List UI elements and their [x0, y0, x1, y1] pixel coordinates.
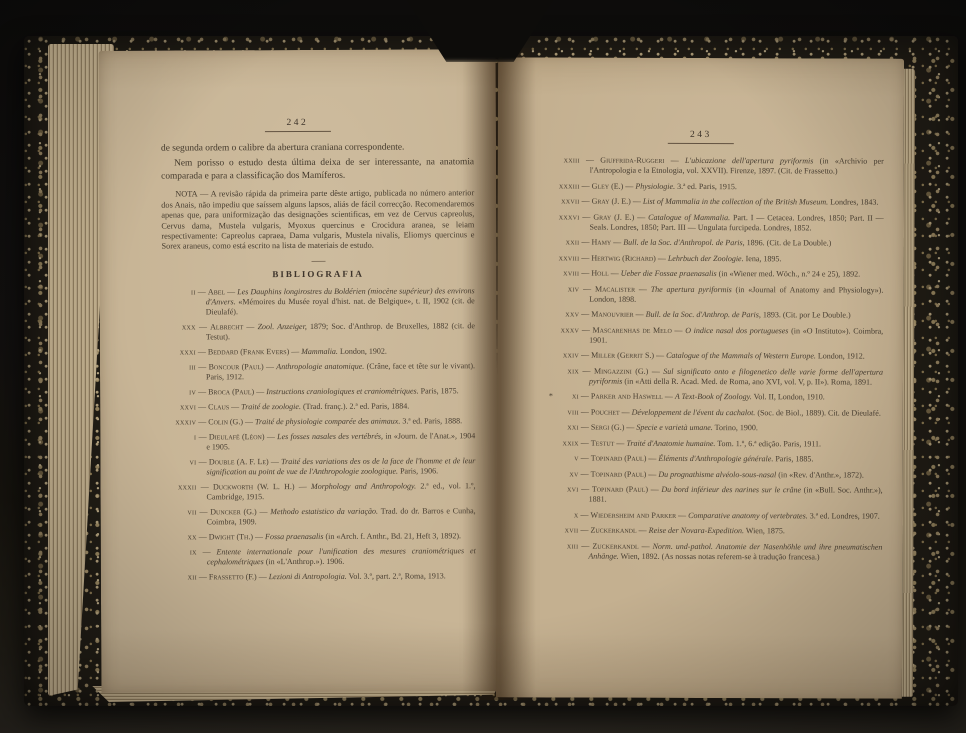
bibliography-entry: XXIV — Miller (Gerrit S.) — Catalogue of… — [545, 350, 883, 361]
entry-title: Anthropologie anatomique. — [276, 362, 364, 371]
entry-details: 1893. (Cit. por Le Double.) — [763, 310, 851, 319]
entry-author-group: Topinard (Paul) — — [591, 454, 659, 463]
entry-dash: — — [196, 457, 208, 466]
entry-dash: — — [253, 532, 265, 541]
entry-roman-numeral: IV — [162, 387, 196, 397]
entry-details: London, 1912. — [818, 351, 865, 360]
entry-title: Ueber die Fossae praenasalis — [621, 269, 717, 278]
entry-title: Les fosses nasales des vertébrés, — [277, 432, 383, 441]
entry-title: Lehrbuch der Zoologie. — [668, 253, 744, 262]
entry-title: O indice nasal dos portugueses — [685, 325, 788, 334]
entry-roman-numeral: XXX — [162, 322, 196, 332]
entry-details: Wien, 1892. (As nossas notas referem-se … — [621, 551, 820, 561]
entry-dash: — — [264, 362, 277, 371]
bibliography-entry: XXXV — Mascarenhas de Melo — O indice na… — [545, 325, 883, 346]
entry-title: Morphology and Anthropology. — [311, 481, 416, 490]
entry-author-group: Colin (G.) — — [208, 417, 255, 426]
entry-dash: — — [672, 325, 685, 334]
entry-title: Zool. Anzeiger, — [258, 322, 307, 331]
entry-author-group: Topinard (Paul) — — [592, 485, 662, 494]
entry-dash: — — [579, 366, 594, 375]
bibliography-entry: XXIX — Testut — Traité d'Anatomie humain… — [545, 438, 883, 449]
bibliography-entry: II — Abel — Les Dauphins longirostres du… — [162, 286, 475, 317]
bibliography-entry: IV — Broca (Paul) — Instructions craniol… — [162, 386, 475, 397]
entry-details: London, 1902. — [340, 347, 387, 356]
entry-roman-numeral: XIII — [544, 541, 578, 551]
bibliography-entry: XV — Topinard (Paul) — Du prognathisme a… — [545, 469, 883, 480]
entry-roman-numeral: XXXIV — [162, 417, 196, 427]
bibliography-entry: XVI — Topinard (Paul) — Du bord inférieu… — [545, 484, 883, 505]
entry-author: Topinard (Paul) — [592, 485, 648, 494]
entry-title: A Text-Book of Zoology. — [675, 392, 752, 401]
entry-dash: — — [578, 526, 590, 535]
entry-author-group: Abel — — [208, 287, 237, 296]
bibliography-entry: XIX — Mingazzini (G.) — Sul significato … — [545, 366, 883, 387]
entry-dash: — — [197, 507, 211, 516]
entry-title: Reise der Novara-Expedition. — [649, 526, 744, 535]
entry-details: Vol. II, London, 1910. — [754, 392, 825, 401]
entry-dash: — — [579, 238, 591, 247]
entry-author-group: Broca (Paul) — — [208, 387, 266, 396]
separator-rule — [311, 261, 325, 262]
entry-author: Pouchet — [591, 407, 620, 416]
entry-roman-numeral: XIX — [545, 366, 579, 376]
entry-author-group: Hamy — — [591, 238, 623, 247]
bibliography-entry: III — Boncour (Paul) — Anthropologie ana… — [162, 361, 475, 382]
entry-roman-numeral: I — [162, 432, 196, 442]
entry-roman-numeral: X — [545, 510, 579, 520]
entry-roman-numeral: XXIII — [546, 155, 580, 165]
page-header-right: 243 — [498, 129, 904, 144]
entry-author-group: Frassetto (F.) — — [209, 572, 269, 581]
bibliography-entry: XXI — Sergi (G.) — Specie e varietà uman… — [545, 422, 883, 433]
entry-dash: — — [579, 269, 591, 278]
entry-roman-numeral: XXII — [545, 237, 579, 247]
entry-roman-numeral: VI — [162, 457, 196, 467]
entry-roman-numeral: XXXII — [162, 482, 196, 492]
entry-details: (in «Rev. d'Anthr.», 1872). — [778, 470, 864, 479]
entry-title: Développement de l'évent du cachalot. — [632, 407, 756, 416]
entry-title: List of Mammalia in the collection of th… — [643, 197, 828, 207]
entry-roman-numeral: VII — [163, 507, 197, 517]
entry-roman-numeral: XV — [545, 469, 579, 479]
entry-dash: — — [196, 322, 210, 331]
entry-dash: — — [646, 469, 658, 478]
entry-author: Claus — [208, 402, 229, 411]
entry-dash: — — [648, 366, 663, 375]
entry-dash: — — [634, 310, 646, 319]
entry-dash: — — [639, 541, 653, 550]
right-page-body: XXIII — Giuffrida-Ruggeri — L'ubicazione… — [496, 143, 903, 562]
entry-roman-numeral: XXXI — [162, 347, 196, 357]
entry-author-group: Wiedersheim and Parker — — [591, 510, 689, 519]
entry-details: (Trad. franç.). 2.ª ed. Paris, 1884. — [303, 401, 409, 410]
entry-title: Fossa praenasalis — [265, 532, 323, 541]
entry-title: Du bord inférieur des narines sur le crâ… — [661, 485, 801, 494]
bibliography-entry: VI — Double (A. F. Le) — Traité des vari… — [162, 456, 475, 477]
entry-author-group: Gley (E.) — — [592, 181, 636, 190]
bibliography-entry: XXX — Albrecht — Zool. Anzeiger, 1879; S… — [162, 321, 475, 342]
entry-dash: — — [676, 510, 688, 519]
entry-author: Dwight (Th.) — [209, 532, 253, 541]
entry-author-group: Double (A. F. Le) — — [209, 457, 281, 466]
entry-author-group: Testut — — [591, 438, 627, 447]
bibliography-entry: XXVII — Gray (J. E.) — List of Mammalia … — [546, 196, 884, 207]
entry-roman-numeral: II — [162, 287, 196, 297]
entry-title: Comparative anatomy of vertebrates. — [688, 510, 808, 519]
entry-dash: — — [664, 156, 685, 165]
entry-details: Vol. 3.º, part. 2.ª, Roma, 1913. — [349, 571, 446, 580]
entry-author-group: Pouchet — — [591, 407, 632, 416]
entry-dash: — — [579, 423, 591, 432]
entry-dash: — — [295, 482, 312, 491]
entry-dash: — — [579, 392, 591, 401]
entry-author: Mingazzini (G.) — [594, 366, 648, 375]
section-title: BIBLIOGRAFIA — [162, 268, 475, 279]
bibliography-entry: XIV — Macalister — The apertura pyriform… — [545, 284, 883, 305]
entry-roman-numeral: III — [162, 362, 196, 372]
entry-title: Éléments d'Anthropologie générale. — [658, 454, 773, 463]
entry-author: Duckworth (W. L. H.) — [213, 482, 295, 491]
entry-dash: — — [579, 253, 591, 262]
bibliography-entry: I — Dieulafé (Léon) — Les fosses nasales… — [162, 431, 475, 452]
entry-title: Du prognathisme alvéolo-sous-nasal — [658, 469, 776, 478]
bibliography-entry: XXII — Hamy — Bull. de la Soc. d'Anthrop… — [545, 237, 883, 248]
entry-roman-numeral: IX — [163, 547, 197, 557]
entry-title: The apertura pyriformis — [651, 284, 732, 293]
bibliography-entry: XXXIII — Gley (E.) — Physiologie. 3.ª ed… — [546, 181, 884, 192]
entry-author-group: Hertwig (Richard) — — [591, 253, 667, 262]
entry-dash: — — [196, 417, 208, 426]
entry-author-group: Macalister — — [595, 284, 651, 293]
entry-author-group: Mascarenhas de Melo — — [593, 325, 686, 334]
entry-dash: — — [229, 402, 241, 411]
entry-title: Methodo estatistico da variação. — [270, 507, 378, 516]
entry-dash: — — [611, 238, 623, 247]
entry-author: Duncker (G.) — [210, 507, 256, 516]
entry-author: Zuckerkandl — [590, 526, 636, 535]
entry-roman-numeral: XXVII — [546, 196, 580, 206]
entry-dash: — — [257, 572, 269, 581]
entry-roman-numeral: XXVIII — [545, 253, 579, 263]
bibliography-entry: XVII — Zuckerkandl — Reise der Novara-Ex… — [544, 525, 882, 536]
entry-dash: — — [624, 423, 636, 432]
bibliography-entry: *XI — Parker and Haswell — A Text-Book o… — [545, 391, 883, 402]
nota-paragraph: NOTA — A revisão rápida da primeira part… — [161, 188, 474, 252]
entry-dash: — — [196, 362, 209, 371]
bibliography-entry: XII — Frassetto (F.) — Lezioni di Antrop… — [163, 571, 476, 582]
entry-details: 3.ª ed. Londres, 1907. — [810, 511, 880, 520]
entry-details: (in «Atti della R. Acad. Med. de Roma, a… — [624, 376, 872, 386]
entry-author-group: Zuckerkandl — — [590, 526, 648, 535]
entry-dash: — — [269, 457, 281, 466]
entry-dash: — — [634, 212, 648, 221]
entry-dash: — — [254, 387, 266, 396]
entry-dash: — — [289, 347, 301, 356]
bibliography-entry: V — Topinard (Paul) — Éléments d'Anthrop… — [545, 453, 883, 464]
entry-author: Hamy — [591, 238, 611, 247]
entry-title: Traité de zoologie. — [241, 402, 301, 411]
entry-dash: — — [243, 417, 255, 426]
bibliography-entry: VIII — Pouchet — Développement de l'éven… — [545, 407, 883, 418]
entry-asterisk: * — [549, 391, 553, 401]
entry-roman-numeral: VIII — [545, 407, 579, 417]
entry-author: Dieulafé (Léon) — [209, 432, 265, 441]
entry-dash: — — [265, 432, 278, 441]
entry-dash: — — [654, 351, 666, 360]
entry-details: «Mémoires du Musée royal d'hist. nat. de… — [206, 296, 475, 316]
bibliography-entry: XXXII — Duckworth (W. L. H.) — Morpholog… — [162, 481, 475, 502]
entry-author: Topinard (Paul) — [591, 454, 647, 463]
entry-author-group: Sergi (G.) — — [591, 423, 637, 432]
entry-title: Specie e varietà umane. — [636, 423, 712, 432]
entry-dash: — — [196, 482, 213, 491]
entry-author: Topinard (Paul) — [591, 469, 647, 478]
bibliography-entry: XXVI — Claus — Traité de zoologie. (Trad… — [162, 401, 475, 412]
entry-roman-numeral: XX — [163, 532, 197, 542]
entry-details: Tom. 1.º, 6.ª edição. Paris, 1911. — [717, 439, 821, 448]
bibliography-entry: XXV — Manouvrier — Bull. de la Soc. d'An… — [545, 309, 883, 320]
entry-dash: — — [579, 454, 591, 463]
entry-roman-numeral: XXIV — [545, 350, 579, 360]
entry-dash: — — [663, 392, 675, 401]
entry-dash: — — [635, 284, 651, 293]
body-paragraph: de segunda ordem o calibre da abertura c… — [161, 141, 474, 155]
entry-title: L'ubicazione dell'apertura pyriformis — [685, 156, 813, 165]
entry-author: Sergi (G.) — [591, 423, 625, 432]
entry-details: (in «L'Anthrop.»). 1906. — [266, 557, 345, 566]
entry-title: Bull. de la Soc. d'Anthrop. de Paris, — [646, 310, 761, 319]
entry-author: Testut — [591, 438, 615, 447]
entry-author: Wiedersheim and Parker — [591, 510, 677, 519]
entry-details: 1896. (Cit. de La Double.) — [747, 238, 832, 247]
bibliography-list-left: II — Abel — Les Dauphins longirostres du… — [162, 286, 476, 582]
bibliography-entry: XIII — Zuckerkandl — Norm. und-pathol. A… — [544, 541, 882, 562]
entry-dash: — — [225, 287, 237, 296]
entry-dash: — — [196, 402, 208, 411]
entry-details: Wien, 1875. — [746, 526, 785, 535]
entry-dash: — — [578, 541, 592, 550]
entry-details: Londres, 1843. — [830, 197, 878, 206]
entry-roman-numeral: XXXIII — [546, 181, 580, 191]
entry-dash: — — [631, 197, 643, 206]
entry-dash: — — [646, 454, 658, 463]
entry-details: Paris, 1885. — [775, 454, 813, 463]
entry-dash: — — [620, 407, 632, 416]
entry-author: Colin (G.) — [208, 417, 243, 426]
entry-dash: — — [579, 310, 591, 319]
entry-details: (in «Wiener med. Wöch., n.º 24 e 25), 18… — [719, 269, 861, 278]
entry-roman-numeral: V — [545, 453, 579, 463]
entry-author-group: Claus — — [208, 402, 241, 411]
entry-author-group: Duckworth (W. L. H.) — — [213, 482, 311, 491]
entry-roman-numeral: XXXVI — [546, 212, 580, 222]
entry-author-group: Duncker (G.) — — [210, 507, 270, 516]
entry-roman-numeral: XXIX — [545, 438, 579, 448]
entry-dash: — — [197, 547, 217, 556]
entry-author-group: Giuffrida-Ruggeri — — [600, 156, 685, 165]
page-right: 243 XXIII — Giuffrida-Ruggeri — L'ubicaz… — [496, 57, 904, 698]
entry-roman-numeral: XVII — [544, 525, 578, 535]
entry-dash: — — [623, 181, 635, 190]
entry-dash: — — [579, 325, 592, 334]
entry-author-group: Beddard (Frank Evers) — — [208, 347, 301, 356]
entry-author: Frassetto (F.) — [209, 572, 257, 581]
entry-dash: — — [579, 438, 591, 447]
entry-author: Broca (Paul) — [208, 387, 254, 396]
bibliography-entry: X — Wiedersheim and Parker — Comparative… — [545, 510, 883, 521]
entry-roman-numeral: XXI — [545, 422, 579, 432]
page-number-left: 242 — [99, 117, 496, 129]
entry-author: Albrecht — [210, 322, 243, 331]
entry-roman-numeral: XII — [163, 572, 197, 582]
entry-dash: — — [243, 322, 257, 331]
bibliography-entry: XX — Dwight (Th.) — Fossa praenasalis (i… — [163, 531, 476, 542]
entry-dash: — — [197, 532, 209, 541]
entry-dash: — — [579, 407, 591, 416]
entry-dash: — — [580, 156, 601, 165]
entry-author: Double (A. F. Le) — [209, 457, 269, 466]
entry-author: Miller (Gerrit S.) — [591, 351, 654, 360]
bibliography-entry: IX — Entente internationale pour l'unifi… — [163, 546, 476, 567]
entry-dash: — — [579, 284, 595, 293]
entry-dash: — — [579, 469, 591, 478]
entry-author: Beddard (Frank Evers) — [208, 347, 289, 356]
entry-author: Zuckerkandl — [592, 541, 638, 550]
entry-author: Mascarenhas de Melo — [593, 325, 672, 334]
bibliography-entry: VII — Duncker (G.) — Methodo estatistico… — [163, 506, 476, 527]
entry-title: Lezioni di Antropologia. — [269, 572, 347, 581]
entry-dash: — — [614, 438, 626, 447]
entry-author: Holl — [591, 269, 608, 278]
entry-author: Manouvrier — [591, 310, 633, 319]
entry-author-group: Gray (J. E.) — — [592, 197, 643, 206]
entry-dash: — — [196, 347, 208, 356]
entry-details: Paris, 1875. — [421, 386, 459, 395]
entry-author-group: Boncour (Paul) — — [209, 362, 277, 371]
entry-dash: — — [579, 510, 591, 519]
entry-roman-numeral: XVIII — [545, 268, 579, 278]
entry-dash: — — [196, 432, 209, 441]
entry-roman-numeral: XIV — [545, 284, 579, 294]
photo-background: 242 de segunda ordem o calibre da abertu… — [0, 0, 966, 733]
entry-title: Physiologie. — [635, 181, 675, 190]
entry-details: Iena, 1895. — [746, 254, 782, 263]
entry-roman-numeral: XXV — [545, 309, 579, 319]
bibliography-entry: XXXI — Beddard (Frank Evers) — Mammalia.… — [162, 346, 475, 357]
entry-author: Abel — [208, 287, 225, 296]
entry-dash: — — [579, 485, 592, 494]
entry-author: Gray (J. E.) — [592, 197, 631, 206]
entry-details: 3.ª ed. Paris, 1915. — [677, 181, 737, 190]
entry-author-group: Albrecht — — [210, 322, 257, 331]
entry-author-group: Miller (Gerrit S.) — — [591, 351, 666, 360]
entry-details: (Soc. de Biol., 1889). Cit. de Dieulafé. — [757, 408, 881, 417]
entry-title: Mammalia. — [301, 347, 338, 356]
page-number-right: 243 — [498, 129, 904, 140]
entry-details: Paris, 1906. — [400, 466, 438, 475]
entry-dash: — — [257, 507, 271, 516]
entry-dash: — — [637, 526, 649, 535]
entry-dash: — — [196, 287, 208, 296]
entry-author-group: Gray (J. E.) — — [593, 212, 648, 221]
entry-author-group: Topinard (Paul) — — [591, 469, 659, 478]
entry-details: Torino, 1900. — [715, 423, 758, 432]
entry-author-group: Manouvrier — — [591, 310, 645, 319]
entry-dash: — — [196, 387, 208, 396]
entry-author: Giuffrida-Ruggeri — [600, 156, 664, 165]
entry-author: Macalister — [595, 284, 635, 293]
left-page-body: de segunda ordem o calibre da abertura c… — [99, 131, 498, 583]
entry-title: Instructions craniologiques et craniomét… — [266, 386, 418, 396]
bibliography-entry: XXVIII — Hertwig (Richard) — Lehrbuch de… — [545, 253, 883, 264]
entry-dash: — — [580, 197, 592, 206]
entry-title: Traité d'Anatomie humaine. — [626, 438, 715, 447]
entry-roman-numeral: XXVI — [162, 402, 196, 412]
bibliography-entry: XXIII — Giuffrida-Ruggeri — L'ubicazione… — [546, 155, 884, 176]
page-left: 242 de segunda ordem o calibre da abertu… — [99, 49, 499, 693]
entry-author: Boncour (Paul) — [209, 362, 264, 371]
entry-author: Parker and Haswell — [591, 392, 663, 401]
bibliography-entry: XXXVI — Gray (J. E.) — Catalogue of Mamm… — [546, 212, 884, 233]
entry-details: (in «Arch. f. Anthr., Bd. 21, Heft 3, 18… — [325, 531, 461, 541]
bibliography-list-right: XXIII — Giuffrida-Ruggeri — L'ubicazione… — [544, 155, 883, 562]
entry-dash: — — [580, 181, 592, 190]
entry-dash: — — [648, 485, 661, 494]
entry-author-group: Holl — — [591, 269, 620, 278]
body-paragraph: Nem porisso o estudo desta última deixa … — [161, 157, 474, 183]
entry-author-group: Dwight (Th.) — — [209, 532, 265, 541]
entry-author-group: Dieulafé (Léon) — — [209, 432, 277, 441]
bibliography-entry: XXXIV — Colin (G.) — Traité de physiolog… — [162, 416, 475, 427]
entry-dash: — — [197, 572, 209, 581]
entry-author: Gley (E.) — [592, 181, 624, 190]
entry-author: Hertwig (Richard) — [591, 253, 655, 262]
entry-dash: — — [609, 269, 621, 278]
entry-author-group: Parker and Haswell — — [591, 392, 675, 401]
entry-title: Catalogue of Mammalia. — [648, 212, 730, 221]
bibliography-entry: XVIII — Holl — Ueber die Fossae praenasa… — [545, 268, 883, 279]
entry-title: Catalogue of the Mammals of Western Euro… — [666, 351, 816, 361]
entry-roman-numeral: XVI — [545, 484, 579, 494]
entry-details: 3.ª ed. Paris, 1888. — [402, 416, 462, 425]
entry-title: Bull. de la Soc. d'Anthropol. de Paris, — [623, 238, 744, 247]
entry-title: Traité de physiologie comparée des anima… — [255, 416, 400, 426]
entry-author: Gray (J. E.) — [593, 212, 634, 221]
entry-author-group: Mingazzini (G.) — — [594, 366, 663, 375]
entry-dash: — — [656, 253, 668, 262]
entry-author-group: Zuckerkandl — — [592, 541, 652, 550]
entry-dash: — — [580, 212, 594, 221]
entry-dash: — — [579, 351, 591, 360]
entry-roman-numeral: XXXV — [545, 325, 579, 335]
